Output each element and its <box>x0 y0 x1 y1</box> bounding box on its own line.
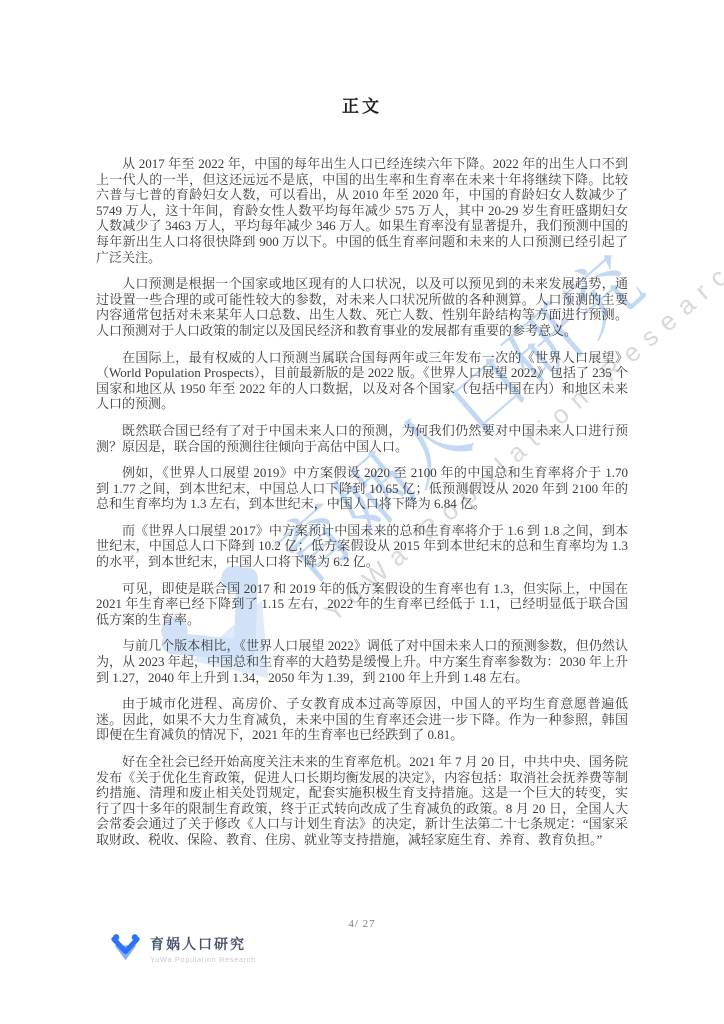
paragraph-4: 既然联合国已经有了对于中国未来人口的预测，为何我们仍然要对中国未来人口进行预测？… <box>96 423 628 454</box>
paragraph-3: 在国际上，最有权威的人口预测当属联合国每两年或三年发布一次的《世界人口展望》（W… <box>96 350 628 412</box>
page-number: 4/ 27 <box>0 918 724 930</box>
paragraph-10: 好在全社会已经开始高度关注未来的生育率危机。2021 年 7 月 20 日，中共… <box>96 754 628 848</box>
footer-logo-text: 育娲人口研究 YuWa Population Research <box>150 933 256 964</box>
footer-logo-en: YuWa Population Research <box>150 955 256 964</box>
paragraph-7: 可见，即使是联合国 2017 和 2019 年的低方案假设的生育率也有 1.3，… <box>96 581 628 628</box>
footer-logo-cn: 育娲人口研究 <box>150 936 256 953</box>
paragraph-8: 与前几个版本相比，《世界人口展望 2022》调低了对中国未来人口的预测参数，但仍… <box>96 638 628 685</box>
paragraph-2: 人口预测是根据一个国家或地区现有的人口状况，以及可以预见到的未来发展趋势，通过设… <box>96 276 628 338</box>
body-text: 从 2017 年至 2022 年，中国的每年出生人口已经连续六年下降。2022 … <box>96 156 628 859</box>
page-title: 正文 <box>0 92 724 117</box>
paragraph-6: 而《世界人口展望 2017》中方案预计中国未来的总和生育率将介于 1.6 到 1… <box>96 523 628 570</box>
document-page: 育娲人口研究 YuWa Population Research 正文 从 201… <box>0 0 724 1024</box>
paragraph-9: 由于城市化进程、高房价、子女教育成本过高等原因，中国人的平均生育意愿普遍低迷。因… <box>96 696 628 743</box>
paragraph-1: 从 2017 年至 2022 年，中国的每年出生人口已经连续六年下降。2022 … <box>96 156 628 265</box>
yuwa-logo-icon <box>110 933 141 964</box>
footer-logo: 育娲人口研究 YuWa Population Research <box>110 933 256 964</box>
paragraph-5: 例如，《世界人口展望 2019》中方案假设 2020 至 2100 年的中国总和… <box>96 465 628 512</box>
